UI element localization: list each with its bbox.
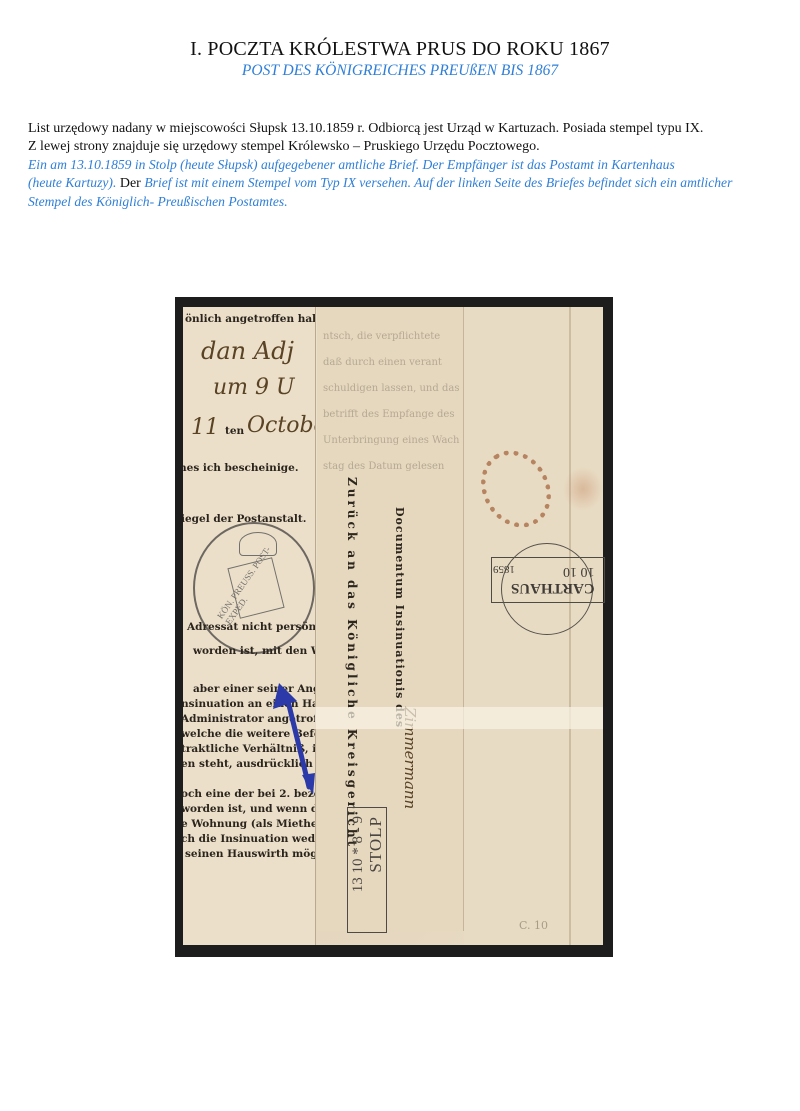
description-german-line-3: Stempel des Königlich- Preußischen Posta… [28,193,798,211]
letter-photograph: önlich angetroffen hab dan Adj um 9 U 11… [175,297,613,957]
page-title-polish: I. POCZTA KRÓLESTWA PRUS DO ROKU 1867 [0,38,800,61]
description-german-line-2: (heute Kartuzy). Der Brief ist mit einem… [28,174,798,193]
description-polish-line-1: List urzędowy nadany w miejscowości Słup… [28,120,798,138]
description-polish-line-2: Z lewej strony znajduje się urzędowy ste… [28,138,798,156]
description-german-line-1: Ein am 13.10.1859 in Stolp (heute Słupsk… [28,156,798,174]
description-block: List urzędowy nadany w miejscowości Słup… [28,120,798,211]
blue-pointer-arrow-icon [175,297,613,957]
page-title-german: POST DES KÖNIGREICHES PREUßEN BIS 1867 [0,62,800,80]
